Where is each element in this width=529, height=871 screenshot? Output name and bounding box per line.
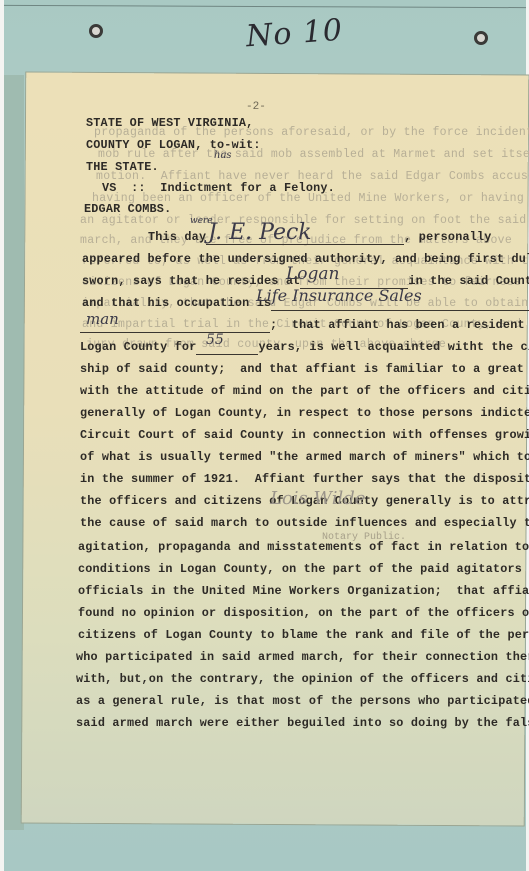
handwritten-residence: Logan <box>286 264 340 284</box>
body-line: said armed march were either beguiled in… <box>76 716 529 730</box>
handwritten-occupation-cont: man <box>86 310 119 328</box>
caption-county: COUNTY OF LOGAN, to-wit: <box>86 138 261 152</box>
body-line: generally of Logan County, in respect to… <box>80 406 529 420</box>
handwritten-insert-were: were <box>190 216 213 226</box>
handwritten-years: 55 <box>206 332 224 348</box>
caption-vs-indictment: VS :: Indictment for a Felony. <box>102 181 335 195</box>
caption-state: STATE OF WEST VIRGINIA, <box>86 116 253 130</box>
body-line: in the summer of 1921. Affiant further s… <box>80 472 529 486</box>
handwritten-document-number: No 10 <box>245 13 344 55</box>
notary-signature: Lois Wilde <box>270 488 365 509</box>
binder-hole-right <box>474 31 488 45</box>
body-line: conditions in Logan County, on the part … <box>78 562 529 576</box>
this-day-line: This day , personally <box>148 230 492 245</box>
handwritten-occupation: Life Insurance Sales <box>256 286 422 305</box>
body-line: citizens of Logan County to blame the ra… <box>78 628 529 642</box>
years-line: Logan County for years, is well acquaint… <box>80 340 529 355</box>
body-line: agitation, propaganda and misstatements … <box>78 540 529 554</box>
body-line: the cause of said march to outside influ… <box>80 516 529 530</box>
body-line: with, but,on the contrary, the opinion o… <box>76 672 529 686</box>
body-line: with the attitude of mind on the part of… <box>80 384 529 398</box>
backing-left-strip <box>4 75 24 830</box>
handwritten-affiant-name: J. E. Peck <box>208 220 312 245</box>
body-line: found no opinion or disposition, on the … <box>78 606 529 620</box>
body-line: Circuit Court of said County in connecti… <box>80 428 529 442</box>
page-number: -2- <box>246 101 266 113</box>
body-line: officials in the United Mine Workers Org… <box>78 584 529 598</box>
body-line: of what is usually termed "the armed mar… <box>80 450 529 464</box>
body-line: as a general rule, is that most of the p… <box>76 694 529 708</box>
body-line: ship of said county; and that affiant is… <box>80 362 529 376</box>
binder-hole-left <box>89 24 103 38</box>
body-line: who participated in said armed march, fo… <box>76 650 529 664</box>
caption-plaintiff: THE STATE. <box>86 160 159 174</box>
caption-defendant: EDGAR COMBS. <box>84 202 171 216</box>
resident-line: ; that affiant has been a resident of <box>80 318 529 333</box>
handwritten-insert-has: has <box>214 150 232 161</box>
